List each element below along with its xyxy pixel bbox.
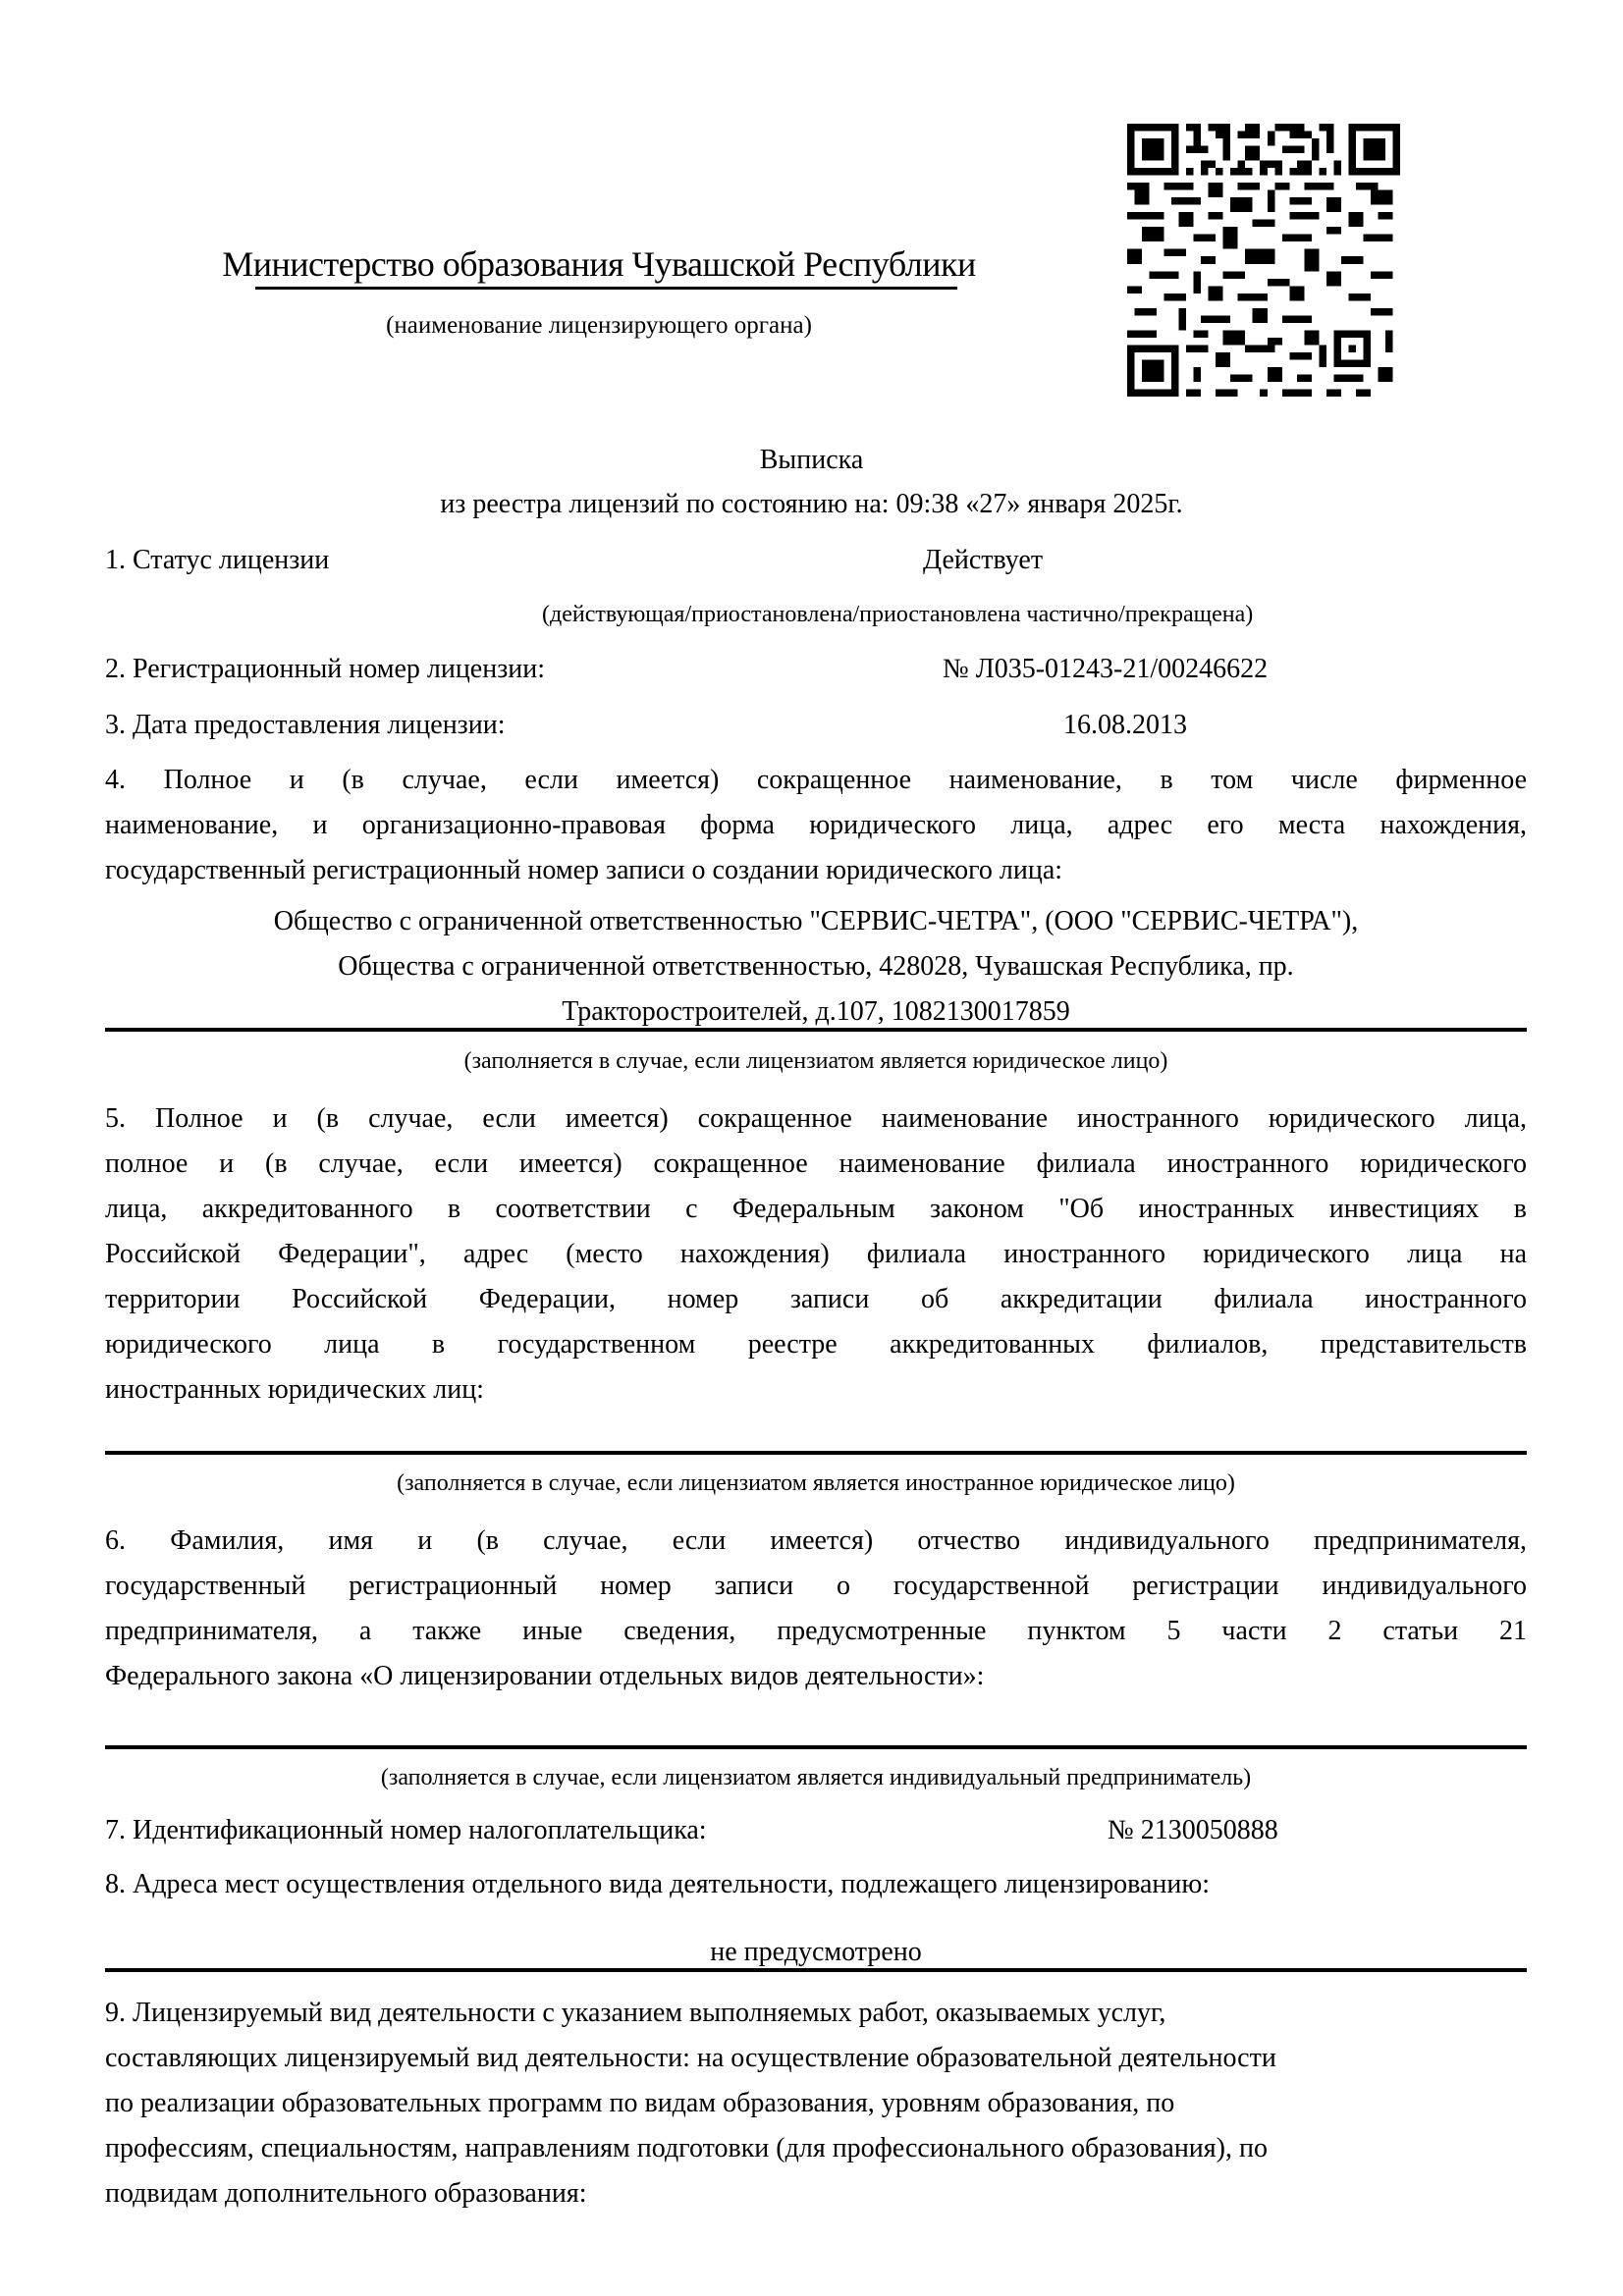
foreign-entity-description: 5. Полное и (в случае, если имеется) сок… [105,1096,1527,1413]
status-caption: (действующая/приостановлена/приостановле… [542,601,1253,629]
foreign-entity-caption: (заполняется в случае, если лицензиатом … [105,1469,1527,1498]
issuer-caption: (наименование лицензирующего органа) [147,312,1051,340]
issue-date-value: 16.08.2013 [1063,709,1187,742]
document-title: Выписка [0,444,1623,477]
legal-entity-value: Общество с ограниченной ответственностью… [105,899,1527,1035]
inn-value: № 2130050888 [1108,1814,1278,1847]
issue-date-label: 3. Дата предоставления лицензии: [105,709,506,742]
addresses-value: не предусмотрено [105,1936,1527,1969]
reg-number-label: 2. Регистрационный номер лицензии: [105,653,545,686]
issuer-underline [255,287,957,290]
entrepreneur-description: 6. Фамилия, имя и (в случае, если имеетс… [105,1519,1527,1699]
legal-entity-divider [105,1028,1527,1032]
qr-code-icon [1127,124,1400,397]
document-subtitle: из реестра лицензий по состоянию на: 09:… [0,488,1623,521]
entrepreneur-caption: (заполняется в случае, если лицензиатом … [105,1764,1527,1792]
status-value: Действует [923,544,1043,577]
legal-entity-description: 4. Полное и (в случае, если имеется) сок… [105,758,1527,893]
status-label: 1. Статус лицензии [105,544,329,577]
inn-label: 7. Идентификационный номер налогоплатель… [105,1814,707,1847]
reg-number-value: № Л035-01243-21/00246622 [943,653,1268,686]
entrepreneur-divider [105,1745,1527,1749]
addresses-divider [105,1968,1527,1972]
issuer-name: Министерство образования Чувашской Респу… [147,243,1051,285]
addresses-label: 8. Адреса мест осуществления отдельного … [105,1868,1210,1901]
legal-entity-caption: (заполняется в случае, если лицензиатом … [105,1047,1527,1076]
foreign-entity-divider [105,1451,1527,1455]
activity-description: 9. Лицензируемый вид деятельности с указ… [105,1991,1527,2216]
